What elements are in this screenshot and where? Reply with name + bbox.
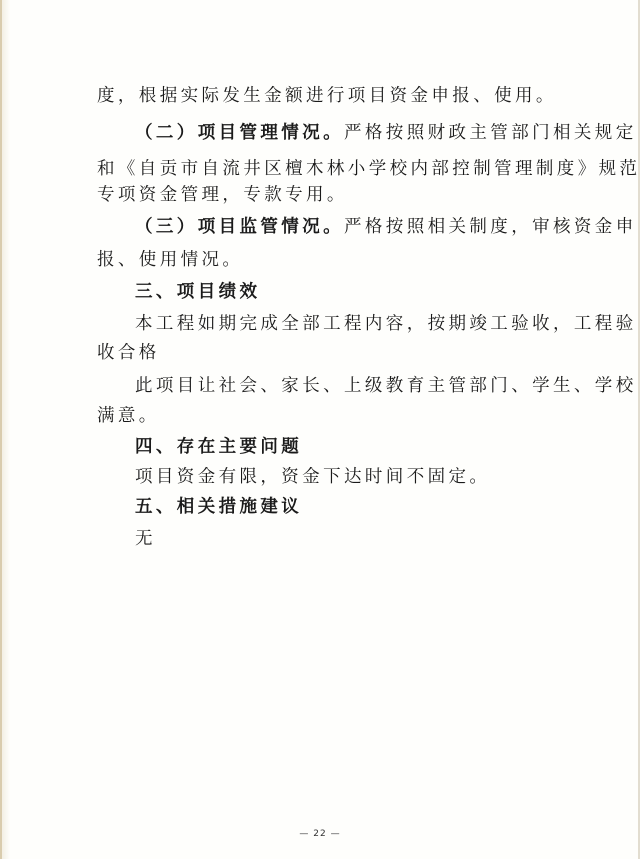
paragraph-line: （三）项目监管情况。严格按照相关制度，审核资金申 — [135, 216, 637, 238]
paragraph-line: 无 — [135, 528, 156, 550]
paragraph-line: 满意。 — [97, 405, 160, 427]
paragraph-line: 度，根据实际发生金额进行项目资金申报、使用。 — [97, 85, 557, 107]
paragraph-line: 项目资金有限，资金下达时间不固定。 — [135, 466, 490, 488]
paragraph-line: （二）项目管理情况。严格按照财政主管部门相关规定 — [135, 122, 637, 144]
page-number: — 22 — — [0, 829, 640, 839]
paragraph-text: 严格按照相关制度，审核资金申 — [344, 217, 637, 237]
section-heading: 四、存在主要问题 — [135, 436, 302, 458]
paragraph-line: 专项资金管理，专款专用。 — [97, 184, 348, 206]
section-heading: 五、相关措施建议 — [135, 496, 302, 518]
page-edge-shadow — [2, 0, 10, 859]
paragraph-line: 本工程如期完成全部工程内容，按期竣工验收，工程验 — [135, 313, 637, 335]
paragraph-line: 收合格 — [97, 342, 160, 364]
section-lead: （二）项目管理情况。 — [135, 123, 344, 143]
paragraph-line: 和《自贡市自流井区檀木林小学校内部控制管理制度》规范 — [97, 158, 640, 180]
paragraph-line: 报、使用情况。 — [97, 249, 243, 271]
paragraph-text: 严格按照财政主管部门相关规定 — [344, 123, 637, 143]
section-heading: 三、项目绩效 — [135, 281, 260, 303]
paragraph-line: 此项目让社会、家长、上级教育主管部门、学生、学校 — [135, 375, 637, 397]
section-lead: （三）项目监管情况。 — [135, 217, 344, 237]
